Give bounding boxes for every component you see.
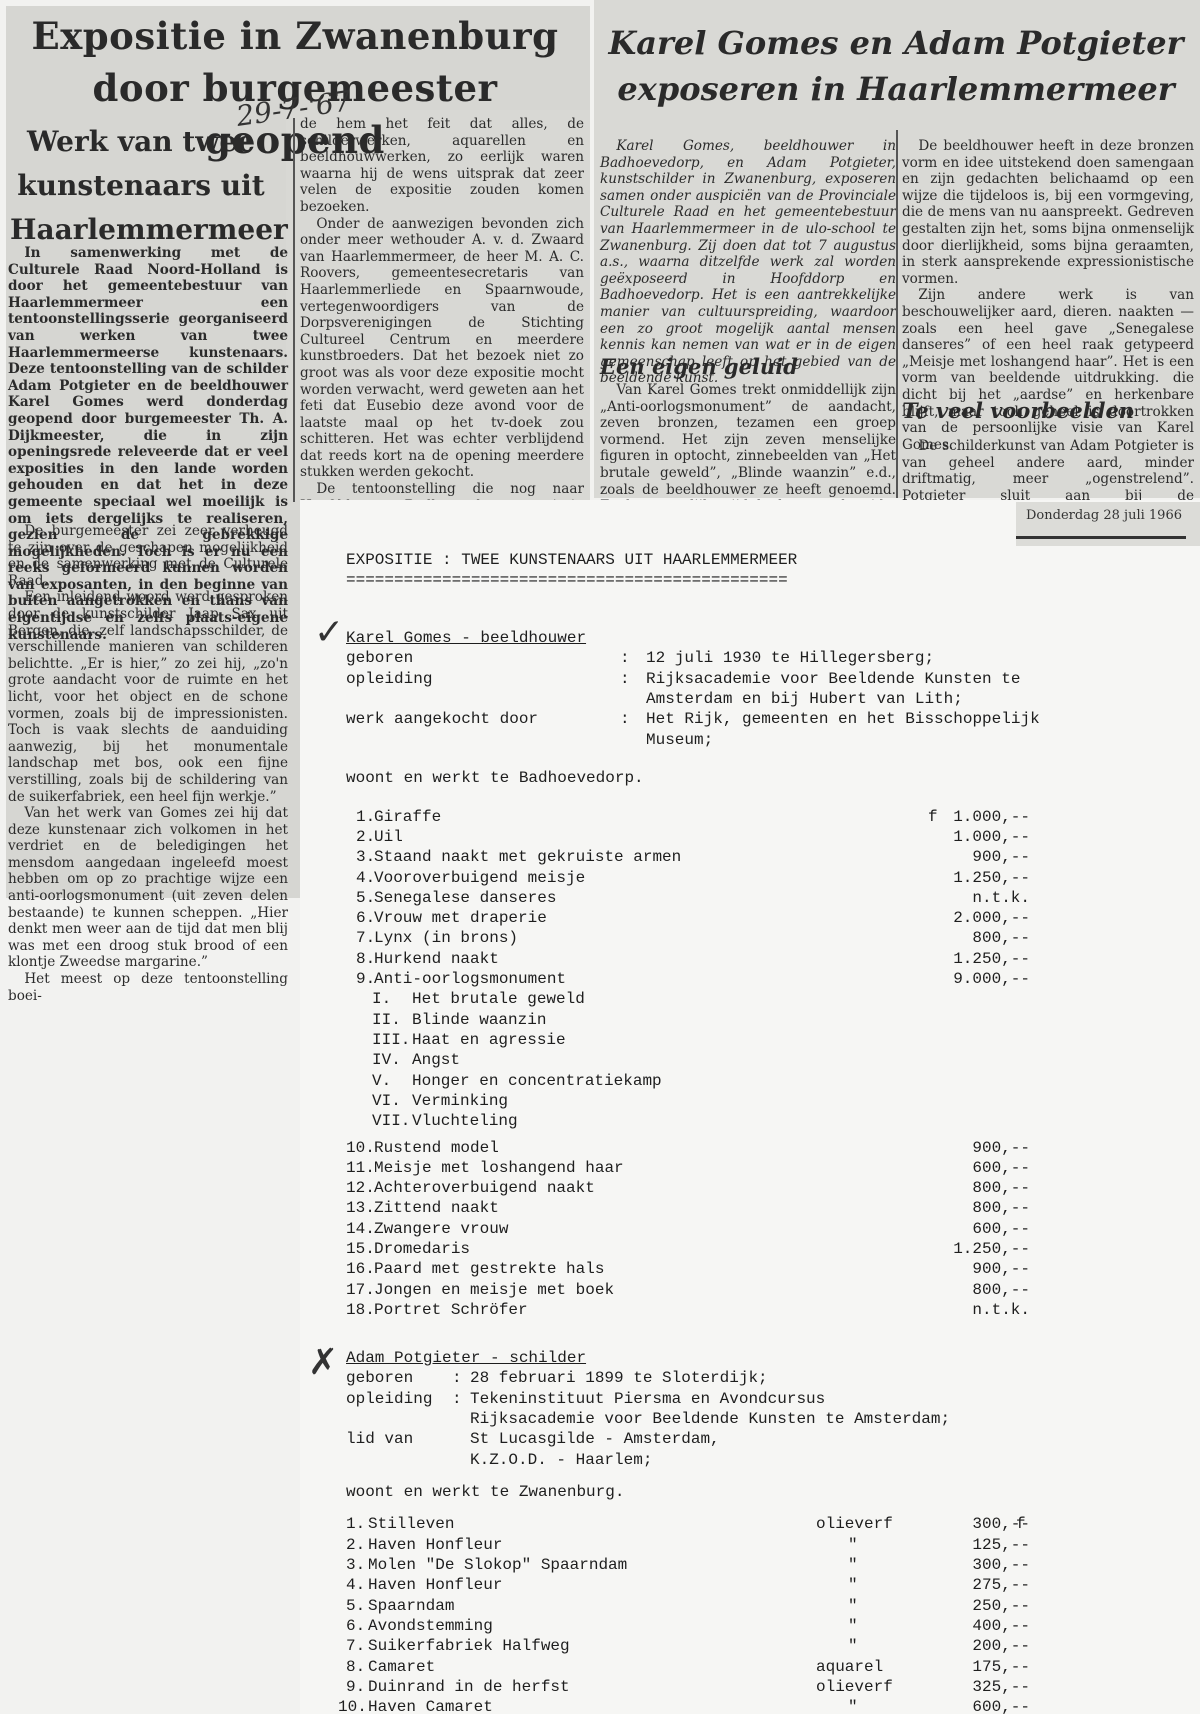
work-title: Uil [374, 827, 403, 847]
work-price: 900,-- [972, 1138, 1030, 1158]
work-price: 300,-- [972, 1555, 1030, 1575]
field-label: opleiding [346, 1389, 432, 1409]
work-medium: " [848, 1596, 858, 1616]
work-title: Haven Honfleur [368, 1535, 502, 1555]
work-title: Avondstemming [368, 1616, 493, 1636]
work-price: n.t.k. [972, 1300, 1030, 1320]
work-number: 10. [346, 1138, 375, 1158]
handwritten-check-mark-icon: ✓ [314, 612, 344, 653]
work-medium: " [848, 1535, 858, 1555]
work-price: 600,-- [972, 1697, 1030, 1714]
work-price: n.t.k. [972, 888, 1030, 908]
work-title: Vooroverbuigend meisje [374, 868, 585, 888]
work-price: 1.000,-- [953, 827, 1030, 847]
paragraph: De beeldhouwer heeft in deze bronzen vor… [902, 138, 1194, 287]
monument-part-title: Vluchteling [412, 1111, 518, 1131]
document-title-rule: ========================================… [346, 570, 788, 590]
artist-heading: Adam Potgieter - schilder [346, 1348, 586, 1368]
paragraph: Een inleidend woord werd gesproken door … [8, 589, 288, 805]
work-title: Zwangere vrouw [374, 1219, 508, 1239]
paragraph: Onder de aanwezigen bevonden zich onder … [300, 216, 584, 482]
subhead-een-eigen-geluid: Een eigen geluid [600, 354, 798, 379]
field-label: werk aangekocht door [346, 709, 538, 729]
work-price: 900,-- [972, 847, 1030, 867]
monument-part-number: V. [372, 1071, 391, 1091]
paragraph: Het meest op deze tentoonstelling boei- [8, 971, 288, 1004]
work-title: Anti-oorlogsmonument [374, 969, 566, 989]
field-separator: : [620, 709, 630, 729]
work-number: 9. [346, 1677, 365, 1697]
work-medium: " [848, 1697, 858, 1714]
field-label: opleiding [346, 669, 432, 689]
field-separator: : [620, 648, 630, 668]
field-value: 28 februari 1899 te Sloterdijk; [470, 1368, 768, 1388]
field-value: Het Rijk, gemeenten en het Bisschoppelij… [646, 709, 1040, 729]
clipping-body-left: De burgemeester zei zeer verheugd te zij… [8, 523, 288, 1004]
work-number: 1. [356, 807, 375, 827]
work-number: 13. [346, 1198, 375, 1218]
work-number: 2. [356, 827, 375, 847]
currency-symbol: f [928, 807, 938, 827]
field-value: Amsterdam en bij Hubert van Lith; [646, 689, 963, 709]
field-label: geboren [346, 648, 413, 668]
monument-part-title: Haat en agressie [412, 1030, 566, 1050]
work-number: 15. [346, 1239, 375, 1259]
clipping-subheadline: Werk van twee kunstenaars uit Haarlemmer… [10, 120, 272, 252]
work-price: 1.250,-- [953, 868, 1030, 888]
work-number: 6. [346, 1616, 365, 1636]
work-price: 800,-- [972, 1198, 1030, 1218]
work-price: 9.000,-- [953, 969, 1030, 989]
work-price: 1.000,-- [953, 807, 1030, 827]
work-number: 8. [346, 1657, 365, 1677]
work-price: 175,-- [972, 1657, 1030, 1677]
paragraph: Van het werk van Gomes zei hij dat deze … [8, 805, 288, 971]
work-number: 7. [346, 1636, 365, 1656]
work-number: 17. [346, 1280, 375, 1300]
paragraph: Zijn andere werk is van beschouwelijker … [902, 287, 1194, 453]
work-title: Haven Honfleur [368, 1575, 502, 1595]
work-title: Paard met gestrekte hals [374, 1259, 604, 1279]
monument-part-number: I. [372, 989, 391, 1009]
monument-part-number: VI. [372, 1091, 401, 1111]
monument-part-number: IV. [372, 1050, 401, 1070]
work-price: 1.250,-- [953, 1239, 1030, 1259]
work-number: 3. [356, 847, 375, 867]
paragraph: De burgemeester zei zeer verheugd te zij… [8, 523, 288, 589]
work-price: 250,-- [972, 1596, 1030, 1616]
work-medium: " [848, 1616, 858, 1636]
work-medium: aquarel [816, 1657, 883, 1677]
handwritten-cross-mark-icon: ✗ [308, 1342, 338, 1383]
work-medium: " [848, 1555, 858, 1575]
work-title: Stilleven [368, 1514, 454, 1534]
work-title: Dromedaris [374, 1239, 470, 1259]
work-medium: olieverf [816, 1514, 893, 1534]
work-price: 800,-- [972, 928, 1030, 948]
work-price: 1.250,-- [953, 949, 1030, 969]
residence-line: woont en werkt te Badhoevedorp. [346, 768, 644, 788]
document-title: EXPOSITIE : TWEE KUNSTENAARS UIT HAARLEM… [346, 550, 797, 570]
work-number: 9. [356, 969, 375, 989]
work-number: 4. [346, 1575, 365, 1595]
paragraph: de hem het feit dat alles, de schilderwe… [300, 116, 584, 216]
work-price: 125,-- [972, 1535, 1030, 1555]
work-title: Suikerfabriek Halfweg [368, 1636, 570, 1656]
work-price: 800,-- [972, 1178, 1030, 1198]
monument-part-title: Angst [412, 1050, 460, 1070]
work-price: 300,-- [972, 1514, 1030, 1534]
work-price: 400,-- [972, 1616, 1030, 1636]
work-number: 12. [346, 1178, 375, 1198]
work-price: 800,-- [972, 1280, 1030, 1300]
work-number: 14. [346, 1219, 375, 1239]
field-value: Museum; [646, 730, 713, 750]
work-title: Achteroverbuigend naakt [374, 1178, 595, 1198]
intro-paragraph: Karel Gomes, beeldhouwer in Badhoevedorp… [600, 138, 896, 387]
field-value: Rijksacademie voor Beeldende Kunsten te [646, 669, 1020, 689]
work-title: Meisje met loshangend haar [374, 1158, 624, 1178]
work-number: 1. [346, 1514, 365, 1534]
clipping-section-1: Van Karel Gomes trekt onmiddellijk zijn … [600, 382, 896, 515]
work-number: 5. [356, 888, 375, 908]
field-value: St Lucasgilde - Amsterdam, [470, 1429, 720, 1449]
work-title: Vrouw met draperie [374, 908, 547, 928]
clipping-intro: Karel Gomes, beeldhouwer in Badhoevedorp… [600, 138, 896, 387]
work-title: Camaret [368, 1657, 435, 1677]
work-number: 4. [356, 868, 375, 888]
field-value: Tekeninstituut Piersma en Avondcursus [470, 1389, 825, 1409]
work-title: Rustend model [374, 1138, 499, 1158]
work-title: Lynx (in brons) [374, 928, 518, 948]
work-price: 275,-- [972, 1575, 1030, 1595]
work-number: 6. [356, 908, 375, 928]
column-divider [896, 130, 898, 498]
field-value: Rijksacademie voor Beeldende Kunsten te … [470, 1409, 950, 1429]
work-title: Hurkend naakt [374, 949, 499, 969]
paragraph: Van Karel Gomes trekt onmiddellijk zijn … [600, 382, 896, 515]
monument-part-number: III. [372, 1030, 410, 1050]
monument-part-title: Honger en concentratiekamp [412, 1071, 662, 1091]
work-title: Duinrand in de herfst [368, 1677, 570, 1697]
work-price: 325,-- [972, 1677, 1030, 1697]
work-number: 16. [346, 1259, 375, 1279]
work-title: Molen "De Slokop" Spaarndam [368, 1555, 627, 1575]
work-title: Spaarndam [368, 1596, 454, 1616]
field-value: 12 juli 1930 te Hillegersberg; [646, 648, 934, 668]
clipping-headline-right: Karel Gomes en Adam Potgieter exposeren … [596, 20, 1196, 112]
field-separator: : [452, 1389, 462, 1409]
work-number: 7. [356, 928, 375, 948]
newspaper-date: Donderdag 28 juli 1966 [1026, 508, 1182, 523]
monument-part-title: Het brutale geweld [412, 989, 585, 1009]
work-price: 600,-- [972, 1219, 1030, 1239]
field-separator: : [620, 669, 630, 689]
work-medium: " [848, 1575, 858, 1595]
work-price: 2.000,-- [953, 908, 1030, 928]
work-title: Senegalese danseres [374, 888, 556, 908]
work-price: 200,-- [972, 1636, 1030, 1656]
work-number: 18. [346, 1300, 375, 1320]
field-separator: : [452, 1368, 462, 1388]
monument-part-title: Verminking [412, 1091, 508, 1111]
column-divider [293, 118, 295, 502]
field-value: K.Z.O.D. - Haarlem; [470, 1450, 652, 1470]
work-medium: " [848, 1636, 858, 1656]
monument-part-number: II. [372, 1010, 401, 1030]
work-title: Jongen en meisje met boek [374, 1280, 614, 1300]
residence-line: woont en werkt te Zwanenburg. [346, 1482, 624, 1502]
field-label: lid van [346, 1429, 413, 1449]
work-title: Staand naakt met gekruiste armen [374, 847, 681, 867]
work-price: 600,-- [972, 1158, 1030, 1178]
work-title: Giraffe [374, 807, 441, 827]
work-number: 3. [346, 1555, 365, 1575]
monument-part-number: VII. [372, 1111, 410, 1131]
work-medium: olieverf [816, 1677, 893, 1697]
work-number: 11. [346, 1158, 375, 1178]
work-title: Haven Camaret [368, 1697, 493, 1714]
work-number: 8. [356, 949, 375, 969]
work-number: 2. [346, 1535, 365, 1555]
artist-heading: Karel Gomes - beeldhouwer [346, 628, 586, 648]
work-price: 900,-- [972, 1259, 1030, 1279]
work-title: Portret Schröfer [374, 1300, 528, 1320]
work-number: 10. [338, 1697, 367, 1714]
work-title: Zittend naakt [374, 1198, 499, 1218]
date-rule [1016, 536, 1186, 539]
work-number: 5. [346, 1596, 365, 1616]
subhead-te-veel-voorbeelden: Te veel voorbeelden [902, 398, 1134, 423]
field-label: geboren [346, 1368, 413, 1388]
monument-part-title: Blinde waanzin [412, 1010, 546, 1030]
